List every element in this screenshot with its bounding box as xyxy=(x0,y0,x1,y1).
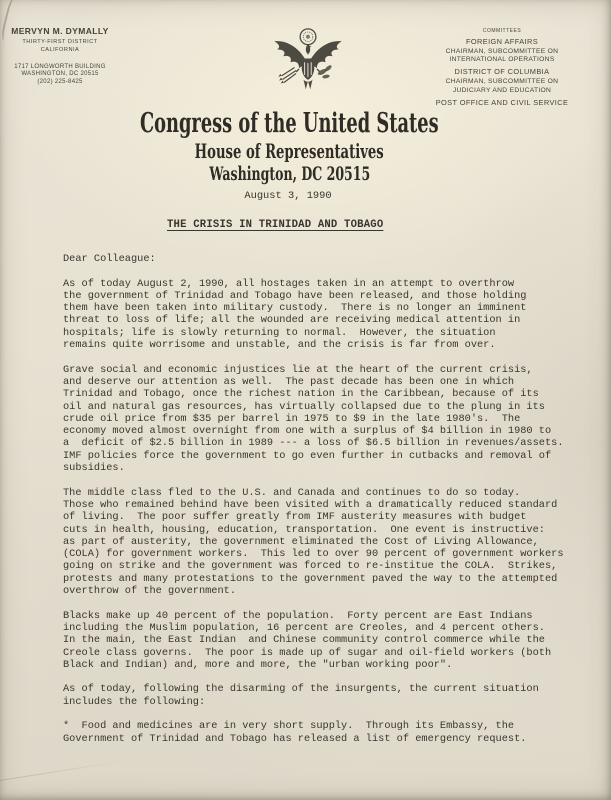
paragraph-demographics: Blacks make up 40 percent of the populat… xyxy=(63,610,583,671)
scanned-letter-page: MERVYN M. DYMALLY THIRTY-FIRST DISTRICT … xyxy=(0,0,611,800)
member-district: THIRTY-FIRST DISTRICT xyxy=(2,39,118,45)
committee-item: CHAIRMAN, SUBCOMMITTEE ON INTERNATIONAL … xyxy=(404,48,600,65)
paragraph-economic-injustices: Grave social and economic injustices lie… xyxy=(63,364,583,475)
masthead-washington-line: Washington, DC 20515 xyxy=(0,163,595,186)
masthead: Congress of the United States House of R… xyxy=(0,109,595,186)
committees-block: COMMITTEES FOREIGN AFFAIRS CHAIRMAN, SUB… xyxy=(404,28,600,107)
committees-heading: COMMITTEES xyxy=(404,28,600,34)
spacer xyxy=(2,53,118,62)
committee-item: CHAIRMAN, SUBCOMMITTEE ON JUDICIARY AND … xyxy=(404,78,600,95)
paragraph-current-situation: As of today, following the disarming of … xyxy=(63,683,583,708)
great-seal-eagle-icon xyxy=(263,25,353,107)
paragraph-middle-class-fled: The middle class fled to the U.S. and Ca… xyxy=(63,487,583,598)
salutation: Dear Colleague: xyxy=(63,253,583,265)
committee-item: POST OFFICE AND CIVIL SERVICE xyxy=(404,98,600,107)
member-address-line1: 1717 LONGWORTH BUILDING xyxy=(2,64,118,70)
member-phone: (202) 225-8425 xyxy=(2,79,118,85)
member-address-line2: WASHINGTON, DC 20515 xyxy=(2,71,118,77)
committee-item: FOREIGN AFFAIRS xyxy=(404,37,600,46)
masthead-house-line: House of Representatives xyxy=(0,139,595,163)
bullet-food-medicine-shortage: * Food and medicines are in very short s… xyxy=(63,720,583,745)
letter-date: August 3, 1990 xyxy=(0,190,576,202)
member-letterhead-block: MERVYN M. DYMALLY THIRTY-FIRST DISTRICT … xyxy=(2,26,118,85)
letter-body: Dear Colleague: As of today August 2, 19… xyxy=(63,253,583,745)
paper-crease-bottomleft xyxy=(0,759,131,783)
masthead-congress-line: Congress of the United States xyxy=(0,109,595,139)
committee-item: DISTRICT OF COLUMBIA xyxy=(404,67,600,76)
letter-subject: THE CRISIS IN TRINIDAD AND TOBAGO xyxy=(167,219,383,231)
member-name: MERVYN M. DYMALLY xyxy=(2,26,118,36)
paragraph-hostages-released: As of today August 2, 1990, all hostages… xyxy=(63,278,583,352)
